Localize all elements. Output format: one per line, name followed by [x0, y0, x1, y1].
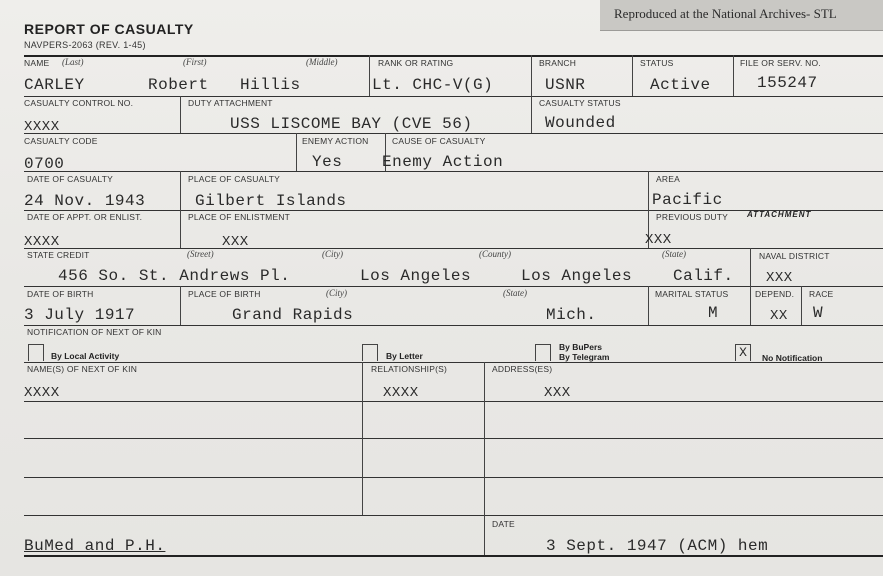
- middle-name-field[interactable]: Hillis: [240, 76, 301, 94]
- address-label: ADDRESS(ES): [492, 364, 552, 374]
- date-of-casualty-field[interactable]: 24 Nov. 1943: [24, 192, 145, 210]
- county-label: (County): [479, 249, 511, 259]
- archives-stamp-text: Reproduced at the National Archives- STL: [614, 6, 837, 22]
- street-field[interactable]: 456 So. St. Andrews Pl.: [58, 267, 290, 285]
- no-notification-label: No Notification: [762, 353, 822, 363]
- dependents-field[interactable]: XX: [770, 308, 788, 324]
- area-label: AREA: [656, 174, 680, 184]
- footer-distribution: BuMed and P.H.: [24, 537, 165, 555]
- divider: [801, 286, 802, 325]
- state-field[interactable]: Calif.: [673, 267, 734, 285]
- appointment-date-label: DATE OF APPT. OR ENLIST.: [27, 212, 142, 222]
- telegram-label: By Telegram: [559, 352, 609, 362]
- middle-name-label: (Middle): [306, 57, 338, 67]
- race-label: RACE: [809, 289, 833, 299]
- checkbox-local-activity[interactable]: [28, 344, 44, 361]
- cause-label: CAUSE OF CASUALTY: [392, 136, 485, 146]
- divider: [632, 55, 633, 96]
- branch-label: BRANCH: [539, 58, 576, 68]
- divider: [24, 438, 883, 439]
- rank-label: RANK OR RATING: [378, 58, 453, 68]
- area-field[interactable]: Pacific: [652, 191, 723, 209]
- first-name-label: (First): [183, 57, 207, 67]
- enemy-action-field[interactable]: Yes: [312, 153, 342, 171]
- city-field[interactable]: Los Angeles: [360, 267, 471, 285]
- archives-stamp: Reproduced at the National Archives- STL: [600, 0, 883, 31]
- casualty-code-field[interactable]: 0700: [24, 155, 64, 173]
- divider: [180, 96, 181, 133]
- marital-status-field[interactable]: M: [708, 304, 718, 322]
- status-field[interactable]: Active: [650, 76, 711, 94]
- divider: [180, 171, 181, 248]
- relationship-field[interactable]: XXXX: [383, 385, 419, 401]
- form-title: REPORT OF CASUALTY: [24, 21, 194, 37]
- place-of-enlistment-label: PLACE OF ENLISTMENT: [188, 212, 290, 222]
- appointment-date-field[interactable]: XXXX: [24, 234, 60, 250]
- file-number-field[interactable]: 155247: [757, 74, 818, 92]
- place-of-enlistment-field[interactable]: XXX: [222, 234, 249, 250]
- divider: [24, 171, 883, 172]
- divider: [24, 555, 883, 557]
- bupers-label: By BuPers: [559, 342, 602, 352]
- street-label: (Street): [187, 249, 214, 259]
- checkbox-bupers-telegram[interactable]: [535, 344, 551, 361]
- enemy-action-label: ENEMY ACTION: [302, 136, 368, 146]
- naval-district-field[interactable]: XXX: [766, 270, 793, 286]
- divider: [362, 362, 363, 515]
- divider: [24, 248, 883, 249]
- casualty-code-label: CASUALTY CODE: [24, 136, 98, 146]
- casualty-status-field[interactable]: Wounded: [545, 114, 616, 132]
- divider: [24, 325, 883, 326]
- divider: [648, 286, 649, 325]
- next-of-kin-name-field[interactable]: XXXX: [24, 385, 60, 401]
- divider: [24, 515, 883, 516]
- birth-city-field[interactable]: Grand Rapids: [232, 306, 353, 324]
- birth-state-label: (State): [503, 288, 527, 298]
- footer-date-field[interactable]: 3 Sept. 1947 (ACM) hem: [546, 537, 768, 555]
- divider: [180, 286, 181, 325]
- form-number: NAVPERS-2063 (REV. 1-45): [24, 40, 146, 50]
- rank-field[interactable]: Lt. CHC-V(G): [372, 76, 493, 94]
- divider: [24, 477, 883, 478]
- checkbox-no-notification[interactable]: X: [735, 344, 751, 361]
- birth-city-label: (City): [326, 288, 347, 298]
- place-of-birth-label: PLACE OF BIRTH: [188, 289, 261, 299]
- state-credit-label: STATE CREDIT: [27, 250, 90, 260]
- control-number-label: CASUALTY CONTROL NO.: [24, 98, 133, 108]
- casualty-status-label: CASUALTY STATUS: [539, 98, 621, 108]
- date-of-casualty-label: DATE OF CASUALTY: [27, 174, 113, 184]
- naval-district-label: NAVAL DISTRICT: [759, 251, 830, 261]
- divider: [24, 96, 883, 97]
- birth-state-field[interactable]: Mich.: [546, 306, 597, 324]
- footer-date-label: DATE: [492, 519, 515, 529]
- dependents-label: DEPEND.: [755, 289, 794, 299]
- duty-attachment-label: DUTY ATTACHMENT: [188, 98, 273, 108]
- divider: [750, 248, 751, 325]
- branch-field[interactable]: USNR: [545, 76, 585, 94]
- divider: [484, 362, 485, 555]
- date-of-birth-label: DATE OF BIRTH: [27, 289, 94, 299]
- divider: [24, 133, 883, 134]
- divider: [296, 133, 297, 171]
- place-of-casualty-field[interactable]: Gilbert Islands: [195, 192, 347, 210]
- notification-label: NOTIFICATION OF NEXT OF KIN: [27, 327, 161, 337]
- date-of-birth-field[interactable]: 3 July 1917: [24, 306, 135, 324]
- divider: [24, 286, 883, 287]
- divider: [369, 55, 370, 96]
- marital-status-label: MARITAL STATUS: [655, 289, 728, 299]
- casualty-report-form: Reproduced at the National Archives- STL…: [0, 0, 883, 576]
- state-label: (State): [662, 249, 686, 259]
- letter-label: By Letter: [386, 351, 423, 361]
- status-label: STATUS: [640, 58, 673, 68]
- place-of-casualty-label: PLACE OF CASUALTY: [188, 174, 280, 184]
- divider: [24, 55, 883, 57]
- next-of-kin-names-label: NAME(S) OF NEXT OF KIN: [27, 364, 137, 374]
- previous-duty-field[interactable]: XXX: [645, 232, 672, 248]
- cause-field[interactable]: Enemy Action: [382, 153, 503, 171]
- city-label: (City): [322, 249, 343, 259]
- relationship-label: RELATIONSHIP(S): [371, 364, 447, 374]
- previous-duty-label: PREVIOUS DUTY: [656, 212, 728, 222]
- last-name-field[interactable]: CARLEY: [24, 76, 85, 94]
- divider: [24, 401, 883, 402]
- checkbox-letter[interactable]: [362, 344, 378, 361]
- address-field[interactable]: XXX: [544, 385, 571, 401]
- race-field[interactable]: W: [813, 304, 823, 322]
- divider: [531, 55, 532, 133]
- county-field[interactable]: Los Angeles: [521, 267, 632, 285]
- previous-duty-handwritten: ATTACHMENT: [747, 210, 811, 219]
- last-name-label: (Last): [62, 57, 84, 67]
- first-name-field[interactable]: Robert: [148, 76, 209, 94]
- control-number-field[interactable]: XXXX: [24, 119, 60, 135]
- divider: [733, 55, 734, 96]
- local-activity-label: By Local Activity: [51, 351, 119, 361]
- file-number-label: FILE OR SERV. NO.: [740, 58, 821, 68]
- duty-attachment-field[interactable]: USS LISCOME BAY (CVE 56): [230, 115, 472, 133]
- divider: [24, 362, 883, 363]
- name-label: NAME: [24, 58, 49, 68]
